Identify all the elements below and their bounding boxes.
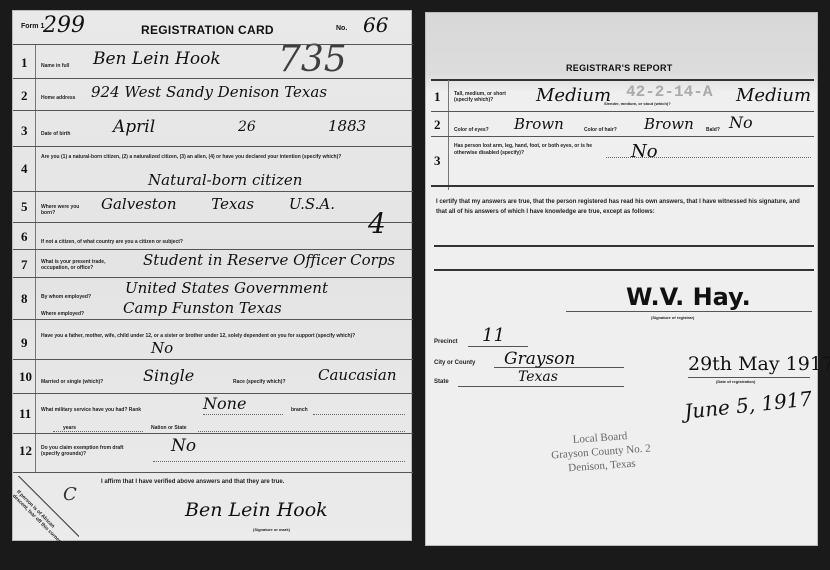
registrar-signature: W.V. Hay. [626,283,751,311]
field-number: 9 [21,335,28,351]
field-label-citizenship: Are you (1) a natural-born citizen, (2) … [41,151,406,163]
field-number: 4 [21,161,28,177]
exceptions-line [434,245,814,247]
field-number: 6 [21,229,28,245]
row-divider [13,146,413,147]
signature-line [566,311,812,312]
field-label-address: Home address [41,95,75,101]
field-value-race: Caucasian [318,366,397,384]
report-title: REGISTRAR'S REPORT [566,63,673,73]
local-board-stamp: Local Board Grayson County No. 2 Denison… [535,427,668,478]
field-number: 12 [19,443,32,459]
state-value: Texas [518,369,558,385]
field-value-name: Ben Lein Hook [93,49,221,69]
field-label-hair: Color of hair? [584,127,617,133]
field-value-bald: No [729,113,753,132]
field-value-height: Medium [536,85,611,106]
field-label-birth: Date of birth [41,131,70,137]
serial-number: 66 [363,13,388,37]
fill-line [458,386,624,387]
number-column-divider [35,44,36,472]
field-label-branch: branch [291,407,308,413]
number-column-divider [448,80,449,190]
field-number: 8 [21,291,28,307]
field-label-birthplace: Where were you born? [41,204,81,216]
date-stamp: June 5, 1917 [683,386,813,423]
card-title: REGISTRATION CARD [141,23,274,37]
field-value-dependents: No [151,339,173,357]
row-divider [13,191,413,192]
tear-off-corner: If person is of African descent, tear of… [13,476,79,542]
field-label-employer: By whom employed? [41,294,91,300]
field-number: 2 [21,88,28,104]
row-divider [13,78,413,79]
row-divider [13,249,413,250]
row-divider [431,136,814,137]
field-value-citizenship: Natural-born citizen [148,171,302,189]
field-number: 10 [19,369,32,385]
precinct-value: 11 [482,325,505,346]
field-label-dependents: Have you a father, mother, wife, child u… [41,323,406,349]
form-number: 299 [43,13,85,38]
registration-card: Form 1 299 REGISTRATION CARD No. 66 735 … [12,10,412,541]
field-label-disability: Has person lost arm, leg, hand, foot, or… [454,143,604,157]
row-divider [13,277,413,278]
fill-line [53,431,143,432]
field-number: 1 [21,55,28,71]
affirmation-text: I affirm that I have verified above answ… [101,479,284,485]
field-number: 3 [21,123,28,139]
field-label-name: Name in full [41,63,69,69]
city-label: City or County [434,360,475,366]
field-number: 7 [21,257,28,273]
field-value-birth-year: 1883 [328,117,366,135]
row-divider [13,222,413,223]
stamped-number: 42-2-14-A [626,83,712,101]
fill-line [313,414,405,415]
field-value-employer: United States Government [125,279,328,297]
field-label-nation: Nation or State [151,425,187,431]
field-value-occupation: Student in Reserve Officer Corps [143,251,395,269]
field-value-disability: No [631,141,658,162]
fill-line [153,461,405,462]
precinct-label: Precinct [434,339,458,345]
field-label-race: Race (specify which)? [233,379,286,385]
field-value-address: 924 West Sandy Denison Texas [91,83,327,101]
form-label: Form 1 [21,23,44,30]
field-value-birth-day: 26 [238,119,256,135]
row-divider [13,359,413,360]
exceptions-line [434,269,814,271]
signature-caption: (Signature or mark) [253,527,290,532]
fill-line [203,414,283,415]
state-label: State [434,379,449,385]
field-label-occupation: What is your present trade, occupation, … [41,259,121,271]
field-value-eyes: Brown [514,115,564,133]
field-value-military: None [203,394,246,413]
margin-mark: 4 [368,207,386,240]
row-divider [13,319,413,320]
field-value-marital: Single [143,366,194,385]
date-caption: (Date of registration) [716,379,755,384]
row-divider [13,44,413,45]
field-label-eyes: Color of eyes? [454,127,489,133]
field-number: 11 [19,406,31,422]
date-line [688,377,810,378]
field-value-build: Medium [736,85,811,106]
row-divider [13,472,413,473]
field-value-hair: Brown [644,115,694,133]
field-value-birth-month: April [113,117,155,137]
city-value: Grayson [504,349,575,369]
fill-line [198,431,405,432]
field-label-bald: Bald? [706,127,720,133]
row-divider [13,433,413,434]
fill-line [468,346,528,347]
no-label: No. [336,25,347,32]
fill-line [606,157,811,158]
row-divider [431,111,814,112]
field-number: 1 [434,89,441,105]
field-label-marital: Married or single (which)? [41,379,103,385]
field-label-exemption: Do you claim exemption from draft (speci… [41,445,141,457]
registrars-report-card: REGISTRAR'S REPORT 42-2-14-A 1 Tall, med… [425,12,818,546]
field-value-birthplace: Galveston Texas U.S.A. [101,195,335,213]
registration-date: 29th May 1917 [688,353,830,375]
field-value-employ-place: Camp Funston Texas [123,299,282,317]
field-label-foreign-citizen: If not a citizen, of what country are yo… [41,239,183,245]
row-divider [13,110,413,111]
field-number: 5 [21,199,28,215]
field-label-build: Slender, medium, or stout (which)? [604,101,671,106]
order-number: 735 [278,39,347,80]
field-label-employ-place: Where employed? [41,311,84,317]
row-divider [431,79,814,81]
field-value-exemption: No [171,436,196,456]
certification-text: I certify that my answers are true, that… [436,197,811,217]
row-divider [431,185,814,187]
field-label-military: What military service have you had? Rank [41,407,141,413]
field-number: 2 [434,117,441,133]
registrar-caption: (Signature of registrar) [651,315,694,320]
registrant-signature: Ben Lein Hook [185,499,328,521]
field-label-height: Tall, medium, or short (specify which)? [454,91,514,103]
field-number: 3 [434,153,441,169]
